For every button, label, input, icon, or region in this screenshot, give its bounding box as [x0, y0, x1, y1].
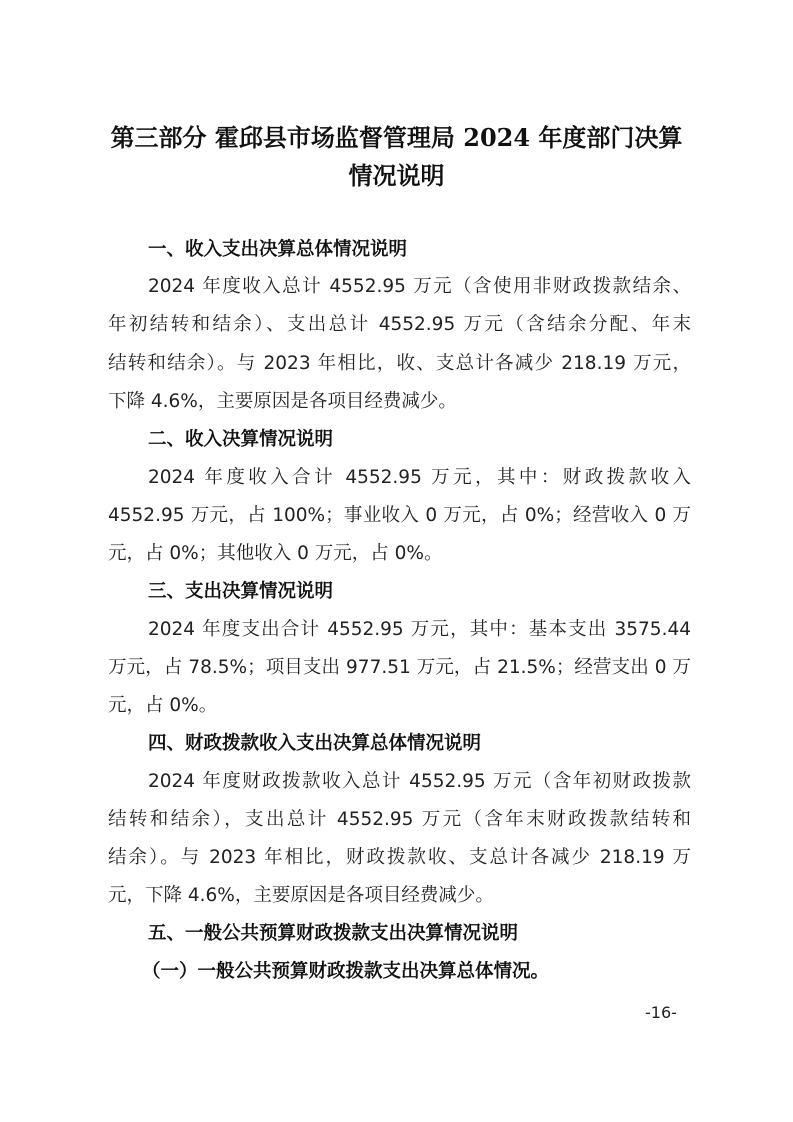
section-2-heading: 二、收入决算情况说明: [148, 426, 333, 454]
section-5-heading: 五、一般公共预算财政拨款支出决算情况说明: [148, 920, 518, 948]
page-title-line-2: 情况说明: [90, 158, 703, 194]
section-3-line-2: 万元，占 78.5%；项目支出 977.51 万元，占 21.5%；经营支出 0…: [108, 654, 691, 682]
section-4-line-3: 结余）。与 2023 年相比，财政拨款收、支总计各减少 218.19 万: [108, 844, 691, 872]
section-1-heading: 一、收入支出决算总体情况说明: [148, 236, 407, 264]
section-3-line-3: 元，占 0%。: [108, 692, 691, 720]
section-2-line-1: 2024 年度收入合计 4552.95 万元，其中：财政拨款收入: [148, 464, 691, 492]
section-5-sub-heading: （一）一般公共预算财政拨款支出决算总体情况。: [142, 958, 549, 986]
section-2-line-2: 4552.95 万元，占 100%；事业收入 0 万元，占 0%；经营收入 0 …: [108, 502, 691, 530]
page-number: -16-: [645, 1001, 677, 1025]
section-4-line-2: 结转和结余），支出总计 4552.95 万元（含年末财政拨款结转和: [108, 806, 691, 834]
section-3-heading: 三、支出决算情况说明: [148, 578, 333, 606]
document-page: 第三部分 霍邱县市场监督管理局 2024 年度部门决算 情况说明 一、收入支出决…: [0, 0, 793, 1122]
section-4-line-4: 元，下降 4.6%，主要原因是各项目经费减少。: [108, 882, 691, 910]
section-1-line-4: 下降 4.6%，主要原因是各项目经费减少。: [108, 388, 691, 416]
section-1-line-1: 2024 年度收入总计 4552.95 万元（含使用非财政拨款结余、: [148, 273, 691, 301]
page-title-line-1: 第三部分 霍邱县市场监督管理局 2024 年度部门决算: [90, 120, 703, 156]
section-3-line-1: 2024 年度支出合计 4552.95 万元，其中：基本支出 3575.44: [148, 616, 691, 644]
section-1-line-3: 结转和结余）。与 2023 年相比，收、支总计各减少 218.19 万元，: [108, 350, 691, 378]
section-1-line-2: 年初结转和结余）、支出总计 4552.95 万元（含结余分配、年末: [108, 311, 691, 339]
section-4-heading: 四、财政拨款收入支出决算总体情况说明: [148, 730, 481, 758]
section-2-line-3: 元，占 0%；其他收入 0 万元，占 0%。: [108, 540, 691, 568]
section-4-line-1: 2024 年度财政拨款收入总计 4552.95 万元（含年初财政拨款: [148, 768, 691, 796]
